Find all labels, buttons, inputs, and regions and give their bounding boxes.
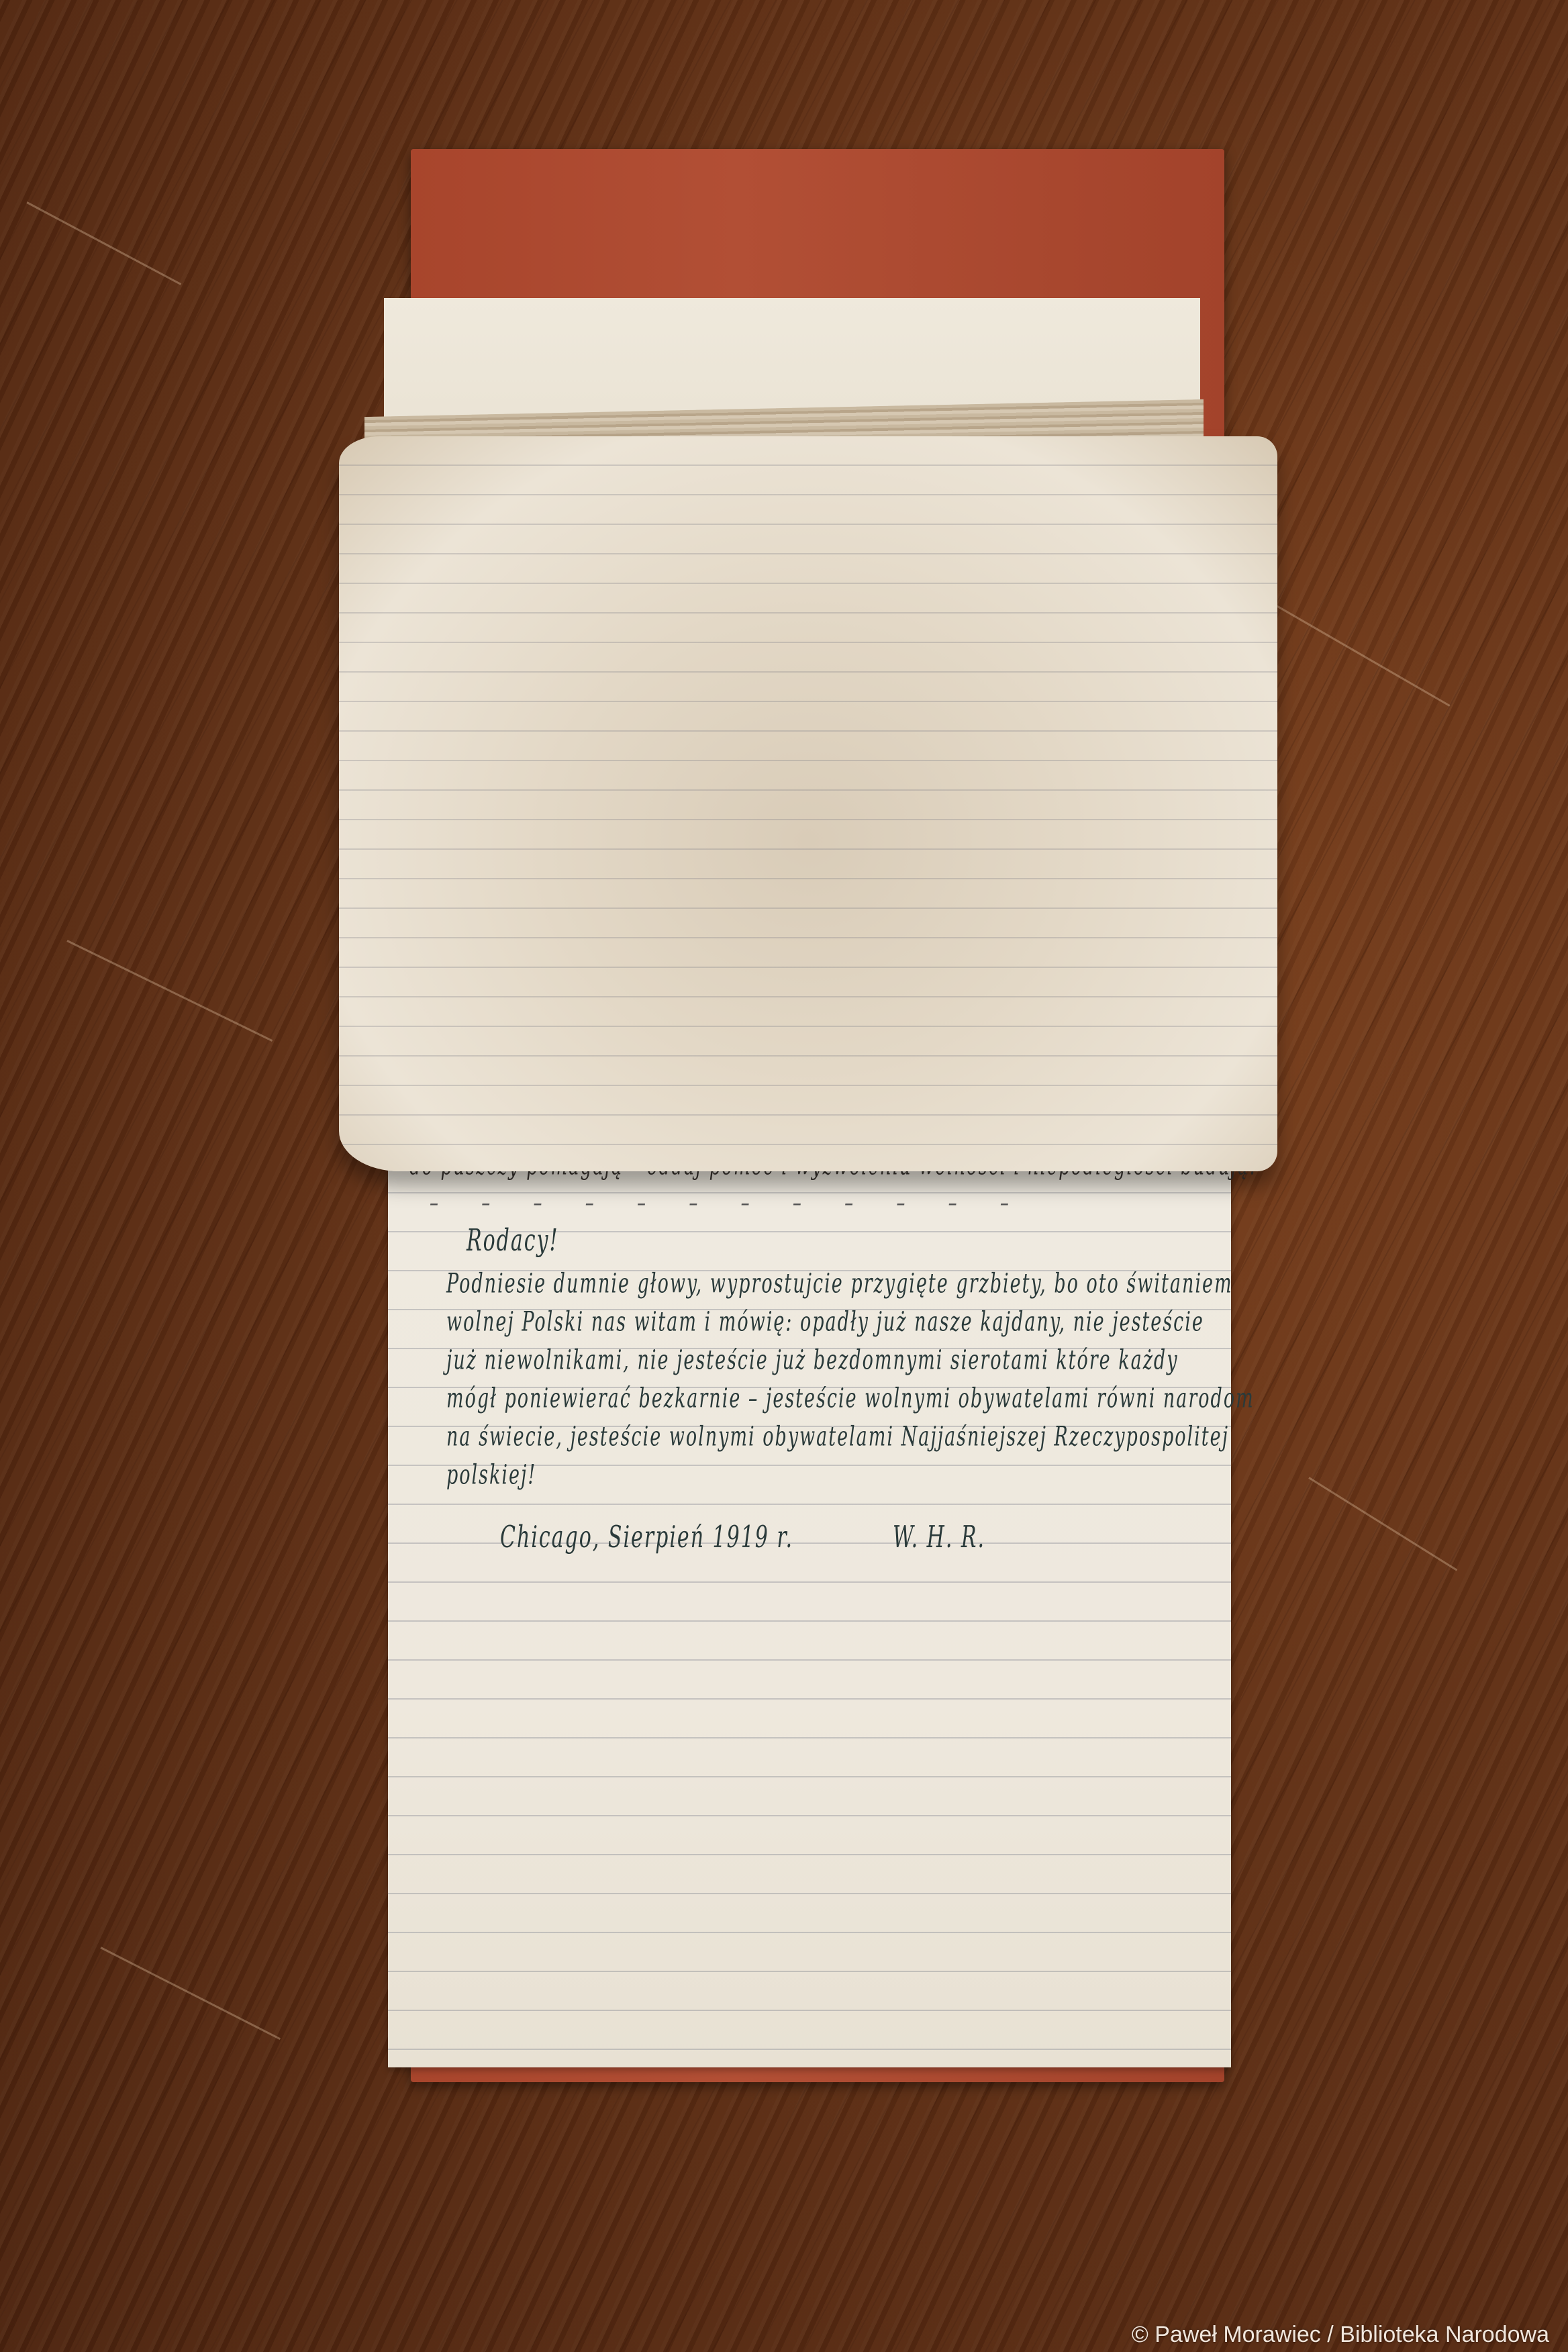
- handwritten-line: już niewolnikami, nie jesteście już bezd…: [446, 1345, 1178, 1377]
- handwritten-place-date: Chicago, Sierpień 1919 r.: [500, 1520, 793, 1556]
- handwritten-line: mógł poniewierać bezkarnie – jesteście w…: [446, 1383, 1255, 1415]
- handwritten-separator: – – – – – – – – – – – –: [430, 1188, 1028, 1218]
- handwritten-signature: W. H. R.: [893, 1520, 985, 1556]
- handwritten-line: polskiej!: [446, 1460, 536, 1491]
- handwritten-greeting: Rodacy!: [467, 1224, 559, 1259]
- folded-page: [339, 436, 1277, 1171]
- handwritten-line: wolnej Polski nas witam i mówię: opadły …: [446, 1307, 1204, 1338]
- photo-credit: © Paweł Morawiec / Biblioteka Narodowa: [1132, 2322, 1549, 2348]
- handwritten-line: na świecie, jesteście wolnymi obywatelam…: [446, 1422, 1229, 1453]
- handwritten-line: Podniesie dumnie głowy, wyprostujcie prz…: [446, 1269, 1233, 1300]
